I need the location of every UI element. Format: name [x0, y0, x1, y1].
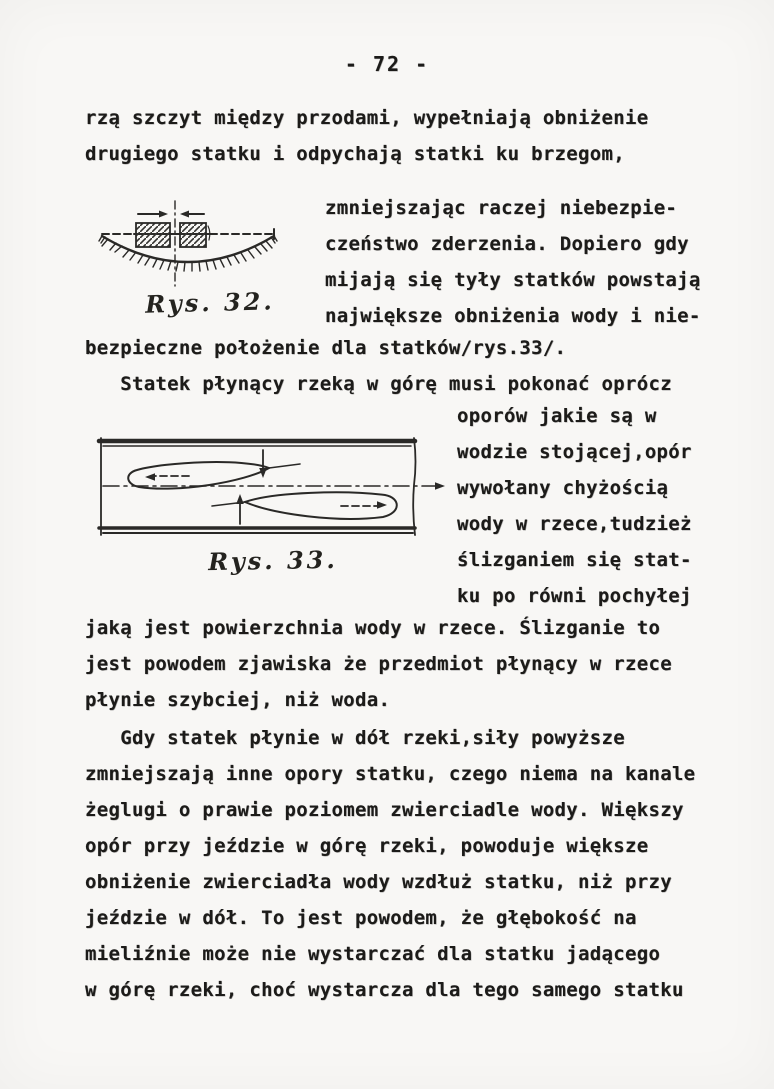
text-line: mieliźnie może nie wystarczać dla statku…	[85, 936, 695, 972]
text-line: wodzie stojącej,opór	[457, 434, 692, 470]
figure-rys-33: Rys. 33.	[93, 432, 453, 575]
text-line: czeństwo zderzenia. Dopiero gdy	[325, 226, 701, 262]
text-line: opór przy jeździe w górę rzeki, powoduje…	[85, 828, 695, 864]
text-line: żeglugi o prawie poziomem zwierciadle wo…	[85, 792, 695, 828]
figure-rys-32: Rys. 32.	[98, 196, 294, 317]
text-line: ku po równi pochyłej	[457, 578, 692, 614]
paragraph-bottom: Gdy statek płynie w dół rzeki,siły powyż…	[85, 720, 695, 1008]
upper-ship-direction-arrow	[145, 473, 155, 481]
text-line: wody w rzece,tudzież	[457, 506, 692, 542]
text-line: jest powodem zjawiska że przedmiot płyną…	[85, 646, 672, 682]
paragraph-top: rzą szczyt między przodami, wypełniają o…	[85, 100, 648, 172]
text-line: drugiego statku i odpychają statki ku br…	[85, 136, 648, 172]
text-line: Statek płynący rzeką w górę musi pokonać…	[85, 366, 672, 402]
text-line: zmniejszając raczej niebezpie-	[325, 190, 701, 226]
paragraph-beside-fig32: zmniejszając raczej niebezpie-czeństwo z…	[325, 190, 701, 334]
text-line: oporów jakie są w	[457, 398, 692, 434]
text-line: zmniejszają inne opory statku, czego nie…	[85, 756, 695, 792]
scanned-page: - 72 - rzą szczyt między przodami, wypeł…	[0, 0, 774, 1089]
text-line: jaką jest powierzchnia wody w rzece. Śli…	[85, 610, 672, 646]
suction-arrows	[236, 450, 267, 524]
text-line: rzą szczyt między przodami, wypełniają o…	[85, 100, 648, 136]
text-line: Gdy statek płynie w dół rzeki,siły powyż…	[85, 720, 695, 756]
text-line: największe obniżenia wody i nie-	[325, 298, 701, 334]
text-line: wywołany chyżością	[457, 470, 692, 506]
lower-ship-direction-arrow	[377, 501, 387, 509]
page-number: - 72 -	[0, 52, 774, 76]
approach-arrows	[138, 211, 204, 218]
paragraph-slizganie: jaką jest powierzchnia wody w rzece. Śli…	[85, 610, 672, 718]
paragraph-after-fig32: bezpieczne położenie dla statków/rys.33/…	[85, 330, 672, 402]
channel-plan-drawing	[93, 432, 451, 544]
figure-33-caption: Rys. 33.	[93, 543, 453, 578]
text-line: mijają się tyły statków powstają	[325, 262, 701, 298]
text-line: bezpieczne położenie dla statków/rys.33/…	[85, 330, 672, 366]
text-line: ślizganiem się stat-	[457, 542, 692, 578]
text-line: w górę rzeki, choć wystarcza dla tego sa…	[85, 972, 695, 1008]
text-line: jeździe w dół. To jest powodem, że głębo…	[85, 900, 695, 936]
ship-upper	[128, 462, 300, 489]
text-line: płynie szybciej, niż woda.	[85, 682, 672, 718]
figure-32-caption: Rys. 32.	[112, 285, 309, 319]
paragraph-beside-fig33: oporów jakie są wwodzie stojącej,opórwyw…	[457, 398, 692, 614]
text-line: obniżenie zwierciadła wody wzdłuż statku…	[85, 864, 695, 900]
riverbed-cross-section-drawing	[98, 196, 280, 292]
